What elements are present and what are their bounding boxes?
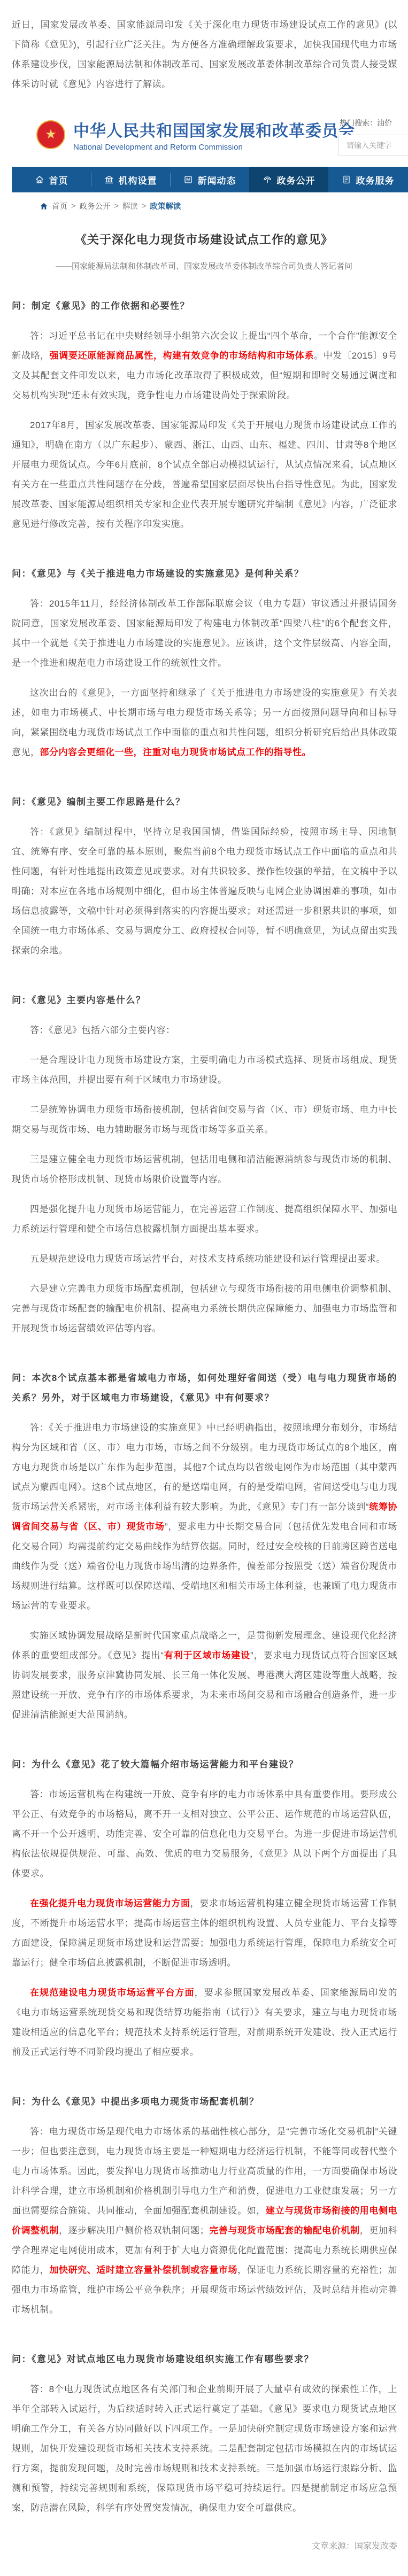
- breadcrumb: 首页>政务公开>解读>政策解读: [40, 200, 408, 212]
- search-input[interactable]: [338, 135, 408, 156]
- body-text: 一是合理设计电力现货市场建设方案，主要明确电力市场模式选择、现货市场组成、现货市…: [12, 1055, 397, 1085]
- answer-paragraph: 答：8个电力现货试点地区各有关部门和企业前期开展了大量卓有成效的探索性工作，上半…: [12, 2379, 397, 2518]
- ndrc-site: ★ 中华人民共和国国家发展和改革委员会 National Development…: [0, 107, 408, 2551]
- answer-paragraph: 答：习近平总书记在中央财经领导小组第六次会议上提出“四个革命，一个合作”能源安全…: [12, 326, 397, 405]
- document-icon: [342, 175, 351, 184]
- nav-item-home[interactable]: 首页: [12, 167, 91, 192]
- nav-item-document[interactable]: 政务服务: [328, 167, 407, 192]
- nav-item-label: 首页: [49, 173, 68, 187]
- nav-item-news[interactable]: 新闻动态: [170, 167, 249, 192]
- question-paragraph: 问：《意见》对试点地区电力现货市场建设组织实施工作有哪些要求？: [12, 2349, 397, 2369]
- body-text: ”，要求电力现货试点符合国家区域协调发展要求，服务京津冀协同发展、长三角一体化发…: [12, 1650, 397, 1720]
- main-nav: 首页机构设置新闻动态政务公开政务服务: [12, 167, 408, 192]
- answer-paragraph: 六是建立完善电力现货市场配套机制，包括建立与现货市场衔接的用电侧电价调整机制、完…: [12, 1279, 397, 1338]
- page-subtitle: ——国家能源局法制和体制改革司、国家发展改革委体制改革综合司负责人答记者问: [0, 260, 408, 271]
- body-text: 答：《关于推进电力市场建设的实施意见》中已经明确指出，按照地理分布划分，市场结构…: [12, 1423, 397, 1512]
- breadcrumb-item[interactable]: 首页: [52, 200, 67, 212]
- answer-paragraph: 答：《意见》编制过程中，坚持立足我国国情，借鉴国际经验，按照市场主导、因地制宜、…: [12, 822, 397, 960]
- breadcrumb-separator: >: [114, 202, 118, 211]
- answer-paragraph: 四是强化提升电力现货市场运营能力，在完善运营工作制度、提高组织保障水平、加强电力…: [12, 1199, 397, 1239]
- article-source: 文章来源：国家发改委: [11, 2539, 397, 2551]
- body-text: 答：电力现货市场是现代电力市场体系的基础性核心部分，是“完善市场化交易机制”关键…: [12, 2127, 397, 2216]
- body-text: ，逐步解决用户侧价格双轨制问题；: [59, 2225, 209, 2236]
- body-text: 答：《意见》编制过程中，坚持立足我国国情，借鉴国际经验，按照市场主导、因地制宜、…: [12, 827, 397, 956]
- breadcrumb-separator: >: [71, 202, 75, 211]
- answer-paragraph: 答：《关于推进电力市场建设的实施意见》中已经明确指出，按照地理分布划分，市场结构…: [12, 1418, 397, 1616]
- answer-paragraph: 三是建立健全电力现货市场运营机制，包括用电侧和清洁能源消纳参与现货市场的机制、现…: [12, 1150, 397, 1189]
- body-text: 2017年8月，国家发展改革委、国家能源局印发《关于开展电力现货市场建设试点工作…: [12, 420, 397, 529]
- org-name-en: National Development and Reform Commissi…: [73, 143, 355, 152]
- article-body: 问：制定《意见》的工作依据和必要性？答：习近平总书记在中央财经领导小组第六次会议…: [0, 271, 408, 2518]
- nav-item-broadcast[interactable]: 政务公开: [249, 167, 328, 192]
- question-paragraph: 问：为什么《意见》花了较大篇幅介绍市场运营能力和平台建设？: [12, 1755, 397, 1774]
- body-text: 四是强化提升电力现货市场运营能力，在完善运营工作制度、提高组织保障水平、加强电力…: [12, 1204, 397, 1234]
- body-text: ”，要求电力中长期交易合同（包括优先发电合同和市场化交易合同）均需提前约定交易曲…: [12, 1522, 397, 1611]
- body-text: 问：为什么《意见》花了较大篇幅介绍市场运营能力和平台建设？: [12, 1759, 299, 1770]
- highlighted-text: 加快研究、适时建立容量补偿机制或容量市场: [49, 2265, 237, 2275]
- site-header: ★ 中华人民共和国国家发展和改革委员会 National Development…: [0, 107, 408, 167]
- body-text: 二是统筹协调电力现货市场衔接机制，包括省间交易与省（区、市）现货市场、电力中长期…: [12, 1105, 397, 1135]
- body-text: 问：制定《意见》的工作依据和必要性？: [12, 301, 190, 311]
- answer-paragraph: 答：《意见》包括六部分主要内容：: [12, 1020, 397, 1040]
- answer-paragraph: 2017年8月，国家发展改革委、国家能源局印发《关于开展电力现货市场建设试点工作…: [12, 415, 397, 534]
- org-name-cn: 中华人民共和国国家发展和改革委员会: [73, 118, 355, 141]
- answer-paragraph: 在规范建设电力现货市场运营平台方面，要求参照国家发展改革委、国家能源局印发的《电…: [12, 1983, 397, 2062]
- answer-paragraph: 二是统筹协调电力现货市场衔接机制，包括省间交易与省（区、市）现货市场、电力中长期…: [12, 1100, 397, 1139]
- highlighted-text: 强调要还原能源商品属性，构建有效竞争的市场结构和市场体系: [50, 351, 314, 361]
- answer-paragraph: 实施区域协调发展战略是新时代国家重点战略之一，是贯彻新发展理念、建设现代化经济体…: [12, 1626, 397, 1725]
- news-icon: [183, 175, 193, 184]
- body-text: ，要求参照国家发展改革委、国家能源局印发的《电力市场运营系统现货交易和现货结算功…: [12, 1988, 397, 2057]
- breadcrumb-home-icon[interactable]: [40, 202, 48, 211]
- hot-search-label: 热门搜索：油价: [340, 118, 408, 128]
- body-text: 答：8个电力现货试点地区各有关部门和企业前期开展了大量卓有成效的探索性工作，上半…: [12, 2384, 397, 2513]
- question-paragraph: 问：本次8个试点基本都是省域电力市场，如何处理好省间送（受）电与电力现货市场的关…: [12, 1368, 397, 1408]
- nav-item-label: 新闻动态: [198, 173, 236, 187]
- body-text: 五是规范建设电力现货市场运营平台，对技术支持系统功能建设和运行管理提出要求。: [30, 1254, 386, 1264]
- breadcrumb-separator: >: [142, 202, 146, 211]
- question-paragraph: 问：为什么《意见》中提出多项电力现货市场配套机制？: [12, 2092, 397, 2112]
- question-paragraph: 问：《意见》编制主要工作思路是什么？: [12, 792, 397, 812]
- nav-item-label: 机构设置: [119, 173, 157, 187]
- answer-paragraph: 答：2015年11月，经经济体制改革工作部际联席会议（电力专题）审议通过并报请国…: [12, 594, 397, 673]
- question-paragraph: 问：《意见》与《关于推进电力市场建设的实施意见》是何种关系？: [12, 564, 397, 584]
- body-text: 答：《意见》包括六部分主要内容：: [30, 1025, 175, 1035]
- body-text: 问：为什么《意见》中提出多项电力现货市场配套机制？: [12, 2097, 259, 2107]
- answer-paragraph: 一是合理设计电力现货市场建设方案，主要明确电力市场模式选择、现货市场组成、现货市…: [12, 1050, 397, 1090]
- body-text: 答：市场运营机构在构建统一开放、竞争有序的电力市场体系中具有重要作用。要形成公平…: [12, 1789, 397, 1879]
- intro-paragraph: 近日，国家发展改革委、国家能源局印发《关于深化电力现货市场建设试点工作的意见》(…: [0, 0, 408, 107]
- search-area: 热门搜索：油价: [338, 118, 408, 156]
- highlighted-text: 完善与现货市场配套的输配电价机制: [209, 2225, 360, 2236]
- question-paragraph: 问：制定《意见》的工作依据和必要性？: [12, 296, 397, 316]
- body-text: 答：2015年11月，经经济体制改革工作部际联席会议（电力专题）审议通过并报请国…: [12, 599, 397, 668]
- nav-item-label: 政务公开: [277, 173, 315, 187]
- broadcast-icon: [263, 175, 272, 184]
- body-text: 问：《意见》与《关于推进电力市场建设的实施意见》是何种关系？: [12, 569, 304, 579]
- body-text: 三是建立健全电力现货市场运营机制，包括用电侧和清洁能源消纳参与现货市场的机制、现…: [12, 1154, 397, 1184]
- body-text: 问：《意见》对试点地区电力现货市场建设组织实施工作有哪些要求？: [12, 2354, 314, 2364]
- answer-paragraph: 在强化提升电力现货市场运营能力方面，要求市场运营机构建立健全现货市场运营工作制度…: [12, 1894, 397, 1973]
- body-text: 问：《意见》主要内容是什么？: [12, 995, 146, 1005]
- answer-paragraph: 这次出台的《意见》，一方面坚持和继承了《关于推进电力市场建设的实施意见》有关表述…: [12, 683, 397, 762]
- breadcrumb-item[interactable]: 解读: [122, 200, 138, 212]
- nav-item-label: 政务服务: [356, 173, 395, 187]
- nav-item-institution[interactable]: 机构设置: [91, 167, 170, 192]
- breadcrumb-item: 政策解读: [150, 200, 181, 212]
- body-text: 问：本次8个试点基本都是省域电力市场，如何处理好省间送（受）电与电力现货市场的关…: [12, 1373, 397, 1403]
- highlighted-text: 有利于区域市场建设: [164, 1650, 250, 1661]
- highlighted-text: 部分内容会更细化一些，注重对电力现货市场试点工作的指导性。: [40, 747, 312, 757]
- body-text: 六是建立完善电力现货市场配套机制，包括建立与现货市场衔接的用电侧电价调整机制、完…: [12, 1284, 397, 1333]
- question-paragraph: 问：《意见》主要内容是什么？: [12, 990, 397, 1010]
- page-title: 《关于深化电力现货市场建设试点工作的意见》: [16, 231, 392, 247]
- brand-text: 中华人民共和国国家发展和改革委员会 National Development a…: [73, 118, 355, 152]
- answer-paragraph: 答：市场运营机构在构建统一开放、竞争有序的电力市场体系中具有重要作用。要形成公平…: [12, 1784, 397, 1883]
- answer-paragraph: 五是规范建设电力现货市场运营平台，对技术支持系统功能建设和运行管理提出要求。: [12, 1249, 397, 1269]
- institution-icon: [104, 175, 114, 184]
- body-text: 问：《意见》编制主要工作思路是什么？: [12, 797, 186, 807]
- highlighted-text: 在规范建设电力现货市场运营平台方面: [30, 1988, 195, 1998]
- breadcrumb-item[interactable]: 政务公开: [79, 200, 110, 212]
- national-emblem-icon: ★: [36, 120, 65, 149]
- body-text: ，要求市场运营机构建立健全现货市场运营工作制度，不断提升市场运营水平；提高市场运…: [12, 1898, 397, 1968]
- highlighted-text: 在强化提升电力现货市场运营能力方面: [30, 1898, 190, 1908]
- answer-paragraph: 答：电力现货市场是现代电力市场体系的基础性核心部分，是“完善市场化交易机制”关键…: [12, 2122, 397, 2319]
- home-icon: [35, 175, 44, 184]
